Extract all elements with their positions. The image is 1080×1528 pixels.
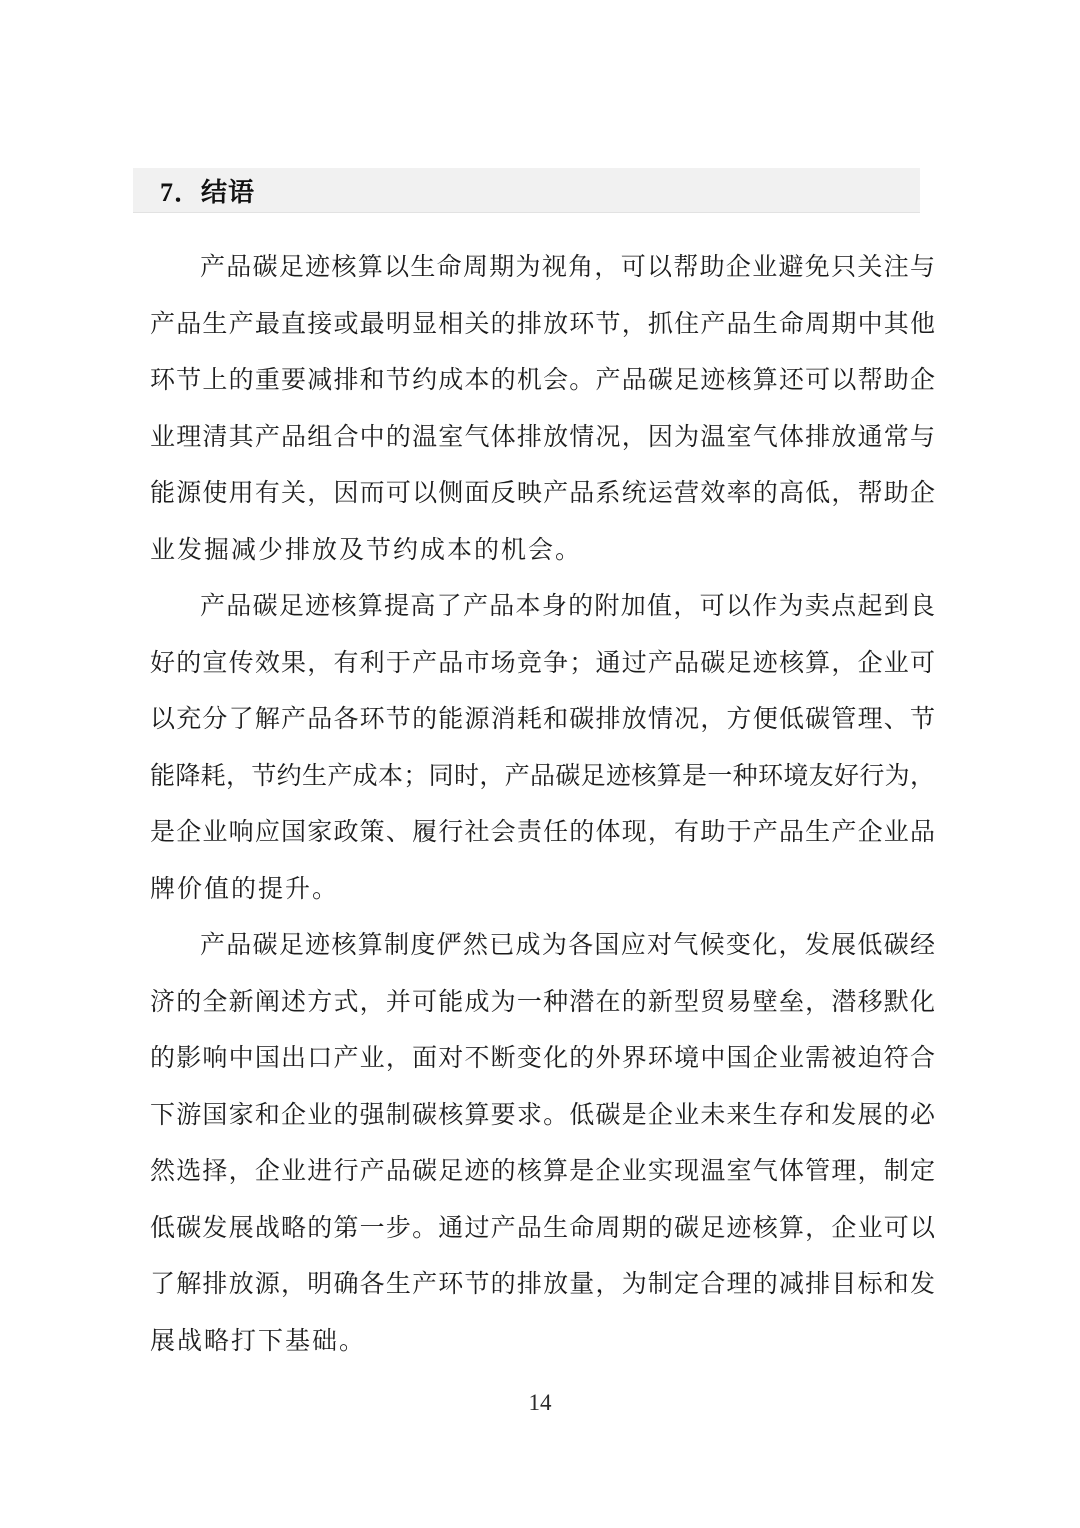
paragraph: 产品碳足迹核算提高了产品本身的附加值，可以作为卖点起到良好的宣传效果，有利于产品… bbox=[150, 579, 935, 918]
text-line: 环节上的重要减排和节约成本的机会。产品碳足迹核算还可以帮助企 bbox=[150, 353, 935, 410]
text-line: 是企业响应国家政策、履行社会责任的体现，有助于产品生产企业品 bbox=[150, 805, 935, 862]
section-heading: 7．结语 bbox=[160, 172, 255, 209]
text-line: 下游国家和企业的强制碳核算要求。低碳是企业未来生存和发展的必 bbox=[150, 1088, 935, 1145]
text-line: 业发掘减少排放及节约成本的机会。 bbox=[150, 523, 935, 580]
page-number: 14 bbox=[0, 1390, 1080, 1416]
text-line: 然选择，企业进行产品碳足迹的核算是企业实现温室气体管理，制定 bbox=[150, 1144, 935, 1201]
text-line: 济的全新阐述方式，并可能成为一种潜在的新型贸易壁垒，潜移默化 bbox=[150, 975, 935, 1032]
text-line: 能源使用有关，因而可以侧面反映产品系统运营效率的高低，帮助企 bbox=[150, 466, 935, 523]
text-line: 低碳发展战略的第一步。通过产品生命周期的碳足迹核算，企业可以 bbox=[150, 1201, 935, 1258]
text-line: 展战略打下基础。 bbox=[150, 1314, 935, 1371]
document-body: 产品碳足迹核算以生命周期为视角，可以帮助企业避免只关注与产品生产最直接或最明显相… bbox=[150, 240, 935, 1370]
section-heading-bar: 7．结语 bbox=[133, 168, 920, 213]
text-line: 业理清其产品组合中的温室气体排放情况，因为温室气体排放通常与 bbox=[150, 410, 935, 467]
text-line: 产品碳足迹核算提高了产品本身的附加值，可以作为卖点起到良 bbox=[150, 579, 935, 636]
paragraph: 产品碳足迹核算以生命周期为视角，可以帮助企业避免只关注与产品生产最直接或最明显相… bbox=[150, 240, 935, 579]
text-line: 产品生产最直接或最明显相关的排放环节，抓住产品生命周期中其他 bbox=[150, 297, 935, 354]
text-line: 产品碳足迹核算制度俨然已成为各国应对气候变化，发展低碳经 bbox=[150, 918, 935, 975]
text-line: 能降耗，节约生产成本；同时，产品碳足迹核算是一种环境友好行为， bbox=[150, 749, 935, 806]
text-line: 产品碳足迹核算以生命周期为视角，可以帮助企业避免只关注与 bbox=[150, 240, 935, 297]
text-line: 好的宣传效果，有利于产品市场竞争；通过产品碳足迹核算，企业可 bbox=[150, 636, 935, 693]
text-line: 了解排放源，明确各生产环节的排放量，为制定合理的减排目标和发 bbox=[150, 1257, 935, 1314]
text-line: 以充分了解产品各环节的能源消耗和碳排放情况，方便低碳管理、节 bbox=[150, 692, 935, 749]
document-page: 7．结语 产品碳足迹核算以生命周期为视角，可以帮助企业避免只关注与产品生产最直接… bbox=[0, 0, 1080, 1528]
text-line: 的影响中国出口产业，面对不断变化的外界环境中国企业需被迫符合 bbox=[150, 1031, 935, 1088]
text-line: 牌价值的提升。 bbox=[150, 862, 935, 919]
paragraph: 产品碳足迹核算制度俨然已成为各国应对气候变化，发展低碳经济的全新阐述方式，并可能… bbox=[150, 918, 935, 1370]
